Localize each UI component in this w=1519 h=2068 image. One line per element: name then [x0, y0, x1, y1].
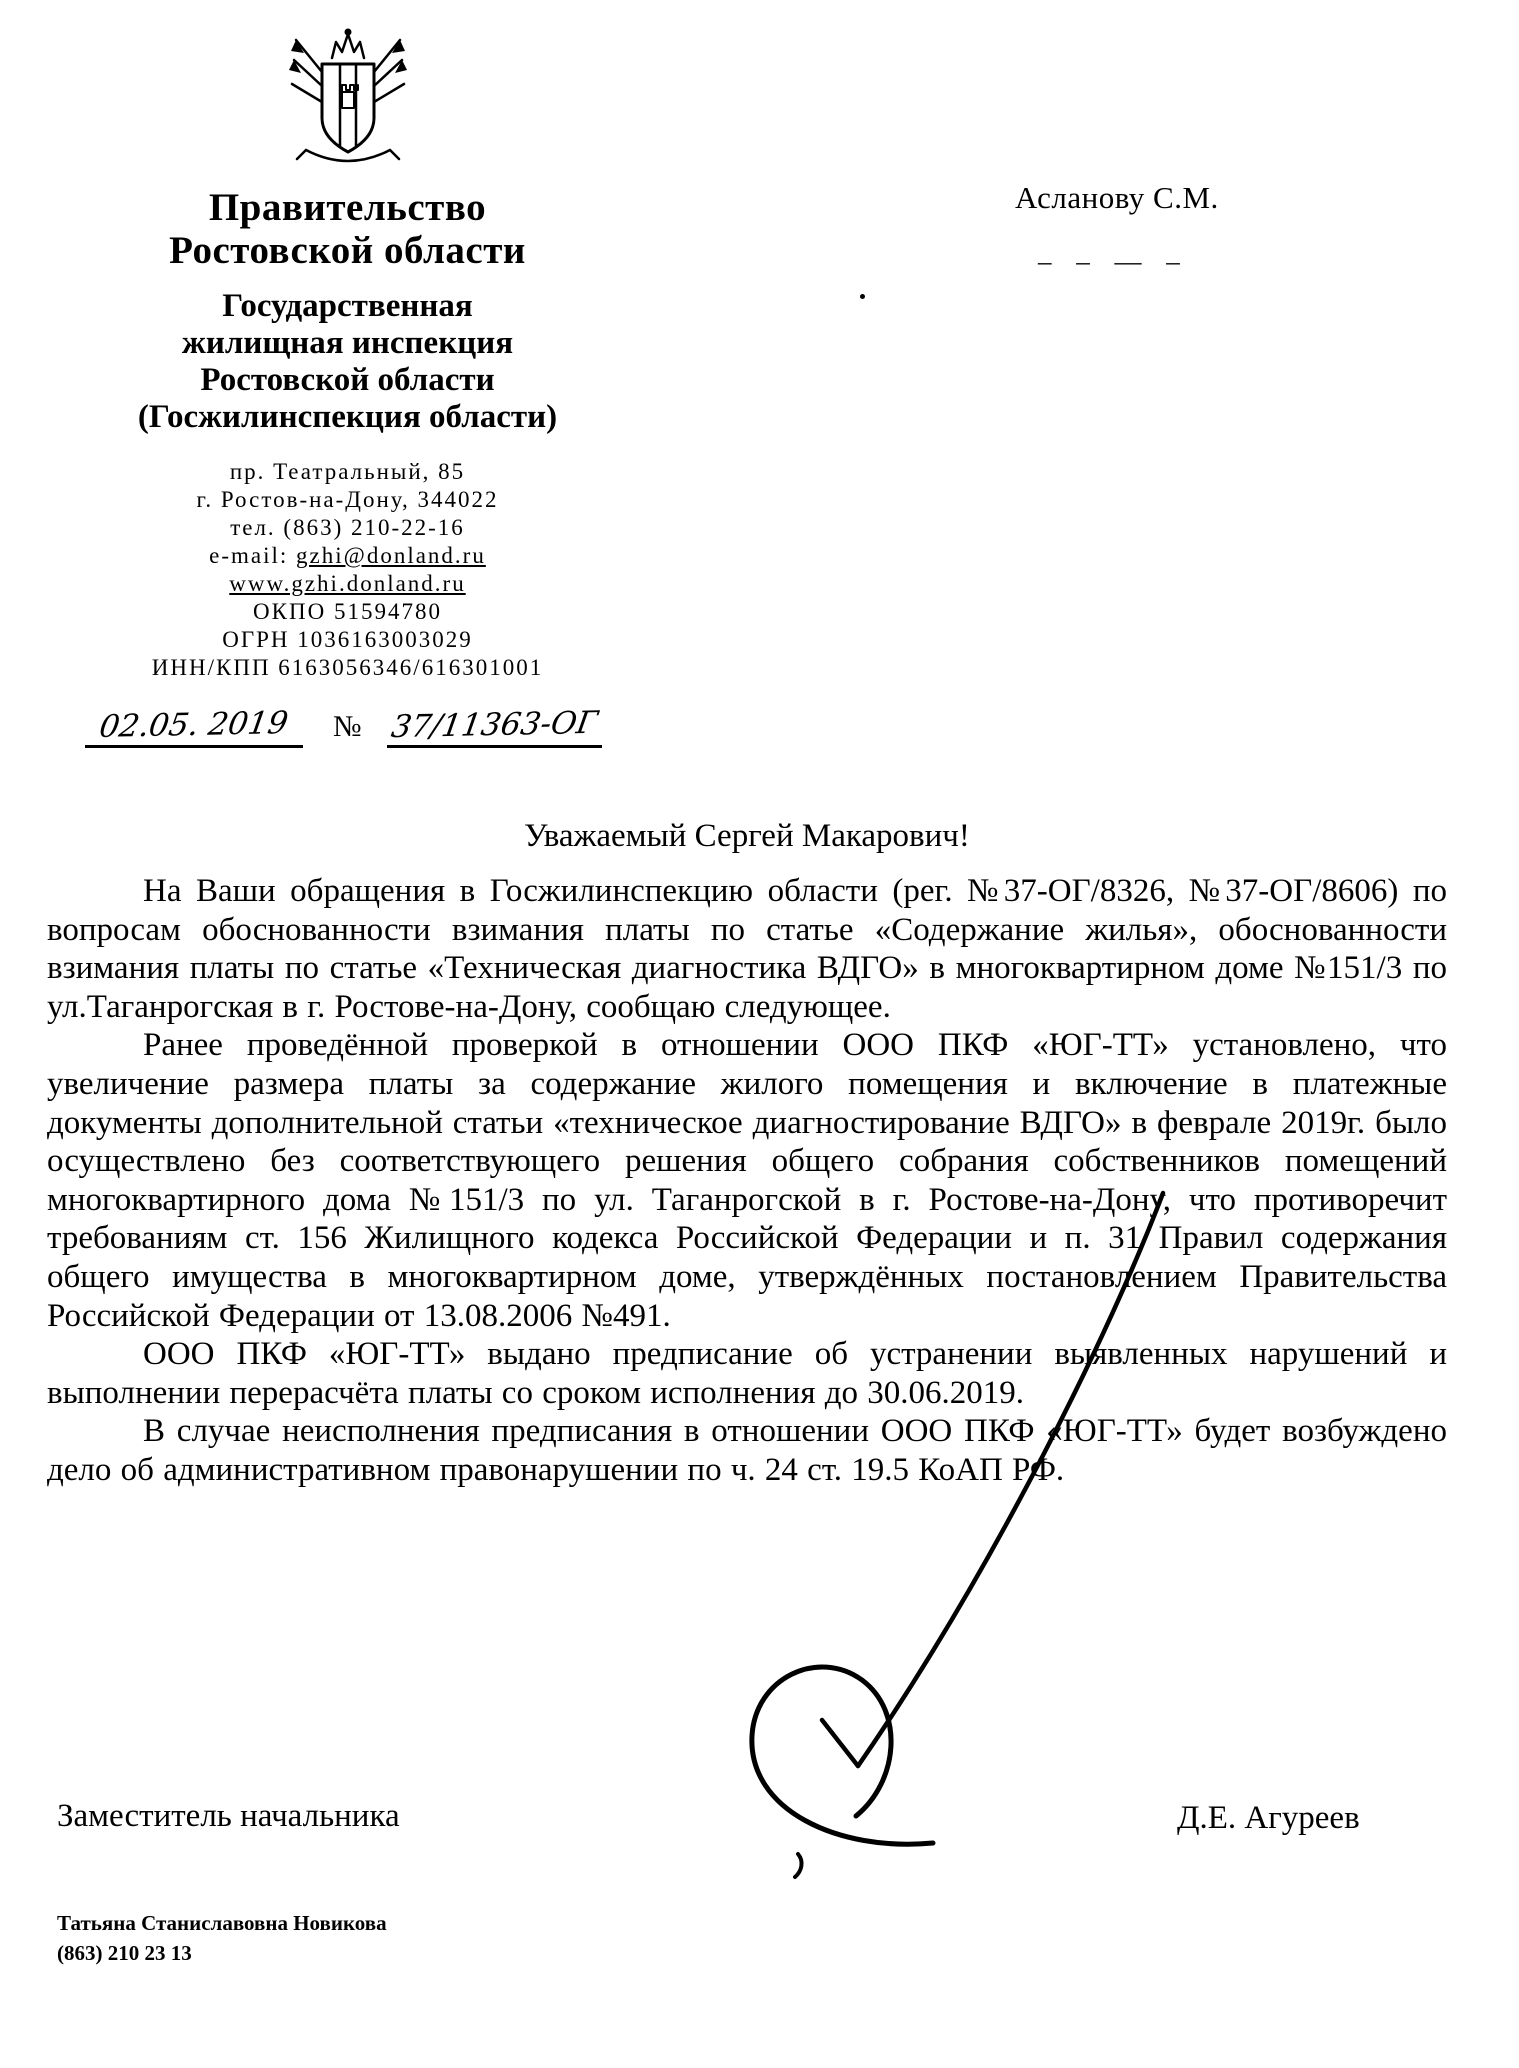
handwritten-outgoing-number: 37/11363-ОГ — [389, 705, 600, 745]
handwritten-date: 02.05. 2019 — [97, 705, 291, 745]
org-title-line: жилищная инспекция — [60, 325, 635, 362]
executor-name: Татьяна Станиславовна Новикова — [57, 1908, 387, 1938]
reference-line: 02.05. 2019 № 37/11363-ОГ — [85, 696, 602, 748]
executor-phone: (863) 210 23 13 — [57, 1938, 387, 1968]
street-address: пр. Театральный, 85 — [60, 458, 635, 486]
email-label: e-mail: — [209, 543, 296, 568]
contact-block: пр. Театральный, 85 г. Ростов-на-Дону, 3… — [60, 458, 635, 682]
phone-line: тел. (863) 210-22-16 — [60, 514, 635, 542]
executor-block: Татьяна Станиславовна Новикова (863) 210… — [57, 1908, 387, 1968]
ogrn-line: ОГРН 1036163003029 — [60, 626, 635, 654]
letterhead: Правительство Ростовской области Государ… — [60, 26, 635, 682]
body-paragraph: ООО ПКФ «ЮГ-ТТ» выдано предписание об ус… — [47, 1335, 1447, 1412]
scan-artifact-dot — [860, 294, 865, 299]
body-paragraph: На Ваши обращения в Госжилинспекцию обла… — [47, 872, 1447, 1026]
organization-title: Государственная жилищная инспекция Росто… — [60, 288, 635, 436]
government-title-line1: Правительство — [60, 186, 635, 229]
scanned-letter-page: Правительство Ростовской области Государ… — [0, 0, 1519, 2068]
signer-position-title: Заместитель начальника — [57, 1798, 400, 1835]
letter-body: На Ваши обращения в Госжилинспекцию обла… — [47, 872, 1447, 1490]
city-address: г. Ростов-на-Дону, 344022 — [60, 486, 635, 514]
government-title-line2: Ростовской области — [60, 229, 635, 272]
number-sign: № — [333, 710, 362, 748]
addressee-name: Асланову С.М. — [1015, 180, 1219, 216]
redaction-dashes: – – — – — [1038, 246, 1189, 277]
date-field: 02.05. 2019 — [85, 707, 303, 748]
okpo-line: ОКПО 51594780 — [60, 598, 635, 626]
org-title-line: (Госжилинспекция области) — [60, 399, 635, 436]
email-address: gzhi@donland.ru — [296, 543, 486, 568]
salutation: Уважаемый Сергей Макарович! — [47, 818, 1447, 855]
email-line: e-mail: gzhi@donland.ru — [60, 542, 635, 570]
signer-name: Д.Е. Агуреев — [1177, 1800, 1360, 1837]
body-paragraph: В случае неисполнения предписания в отно… — [47, 1412, 1447, 1489]
org-title-line: Ростовской области — [60, 362, 635, 399]
body-paragraph: Ранее проведённой проверкой в отношении … — [47, 1026, 1447, 1335]
outgoing-number-field: 37/11363-ОГ — [387, 707, 602, 748]
org-title-line: Государственная — [60, 288, 635, 325]
inn-kpp-line: ИНН/КПП 6163056346/616301001 — [60, 654, 635, 682]
website-address: www.gzhi.donland.ru — [60, 570, 635, 598]
rostov-coat-of-arms-icon — [60, 26, 635, 178]
